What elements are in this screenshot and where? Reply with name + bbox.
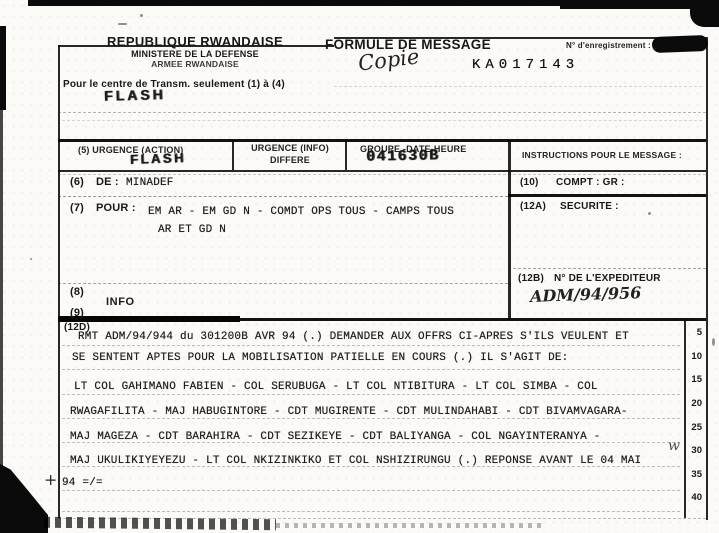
margin-number-25: 25 xyxy=(686,422,702,433)
form-left-border xyxy=(58,45,60,518)
scanned-message-form: REPUBLIQUE RWANDAISE MINISTERE DE LA DEF… xyxy=(0,0,719,533)
scan-speck xyxy=(118,23,127,25)
margin-number-5: 5 xyxy=(686,327,702,338)
transm-note: Pour le centre de Transm. seulement (1) … xyxy=(63,79,285,90)
urgence-row-top-line xyxy=(58,139,706,142)
body-rule xyxy=(62,418,680,419)
body-rule xyxy=(62,466,680,467)
de-value: MINADEF xyxy=(126,177,174,189)
faint-dotted-line xyxy=(62,120,702,121)
compt-label: COMPT : GR : xyxy=(556,177,625,188)
scan-speck xyxy=(712,338,715,346)
margin-number-40: 40 xyxy=(686,492,702,503)
form-bottom-line xyxy=(58,518,706,519)
country-title: REPUBLIQUE RWANDAISE xyxy=(75,34,315,49)
expediteur-label: N° DE L'EXPEDITEUR xyxy=(554,273,661,284)
body-line-7: 94 =/= xyxy=(62,477,103,489)
body-rule xyxy=(62,442,680,443)
scan-artifact-top-right-corner xyxy=(690,0,719,27)
securite-bottom-dashline xyxy=(508,268,706,269)
urgence-info-label: URGENCE (INFO) xyxy=(240,143,340,153)
info-label: INFO xyxy=(106,296,135,308)
handwritten-margin-squiggle: w xyxy=(668,438,680,454)
pour-bottom-dashline xyxy=(58,283,508,284)
info-num-bottom: (9) xyxy=(70,307,84,319)
instructions-label: INSTRUCTIONS POUR LE MESSAGE : xyxy=(522,150,682,160)
info-num-top: (8) xyxy=(70,286,84,298)
body-line-3: LT COL GAHIMANO FABIEN - COL SERUBUGA - … xyxy=(74,381,598,393)
margin-number-20: 20 xyxy=(686,398,702,409)
body-line-1: RMT ADM/94/944 du 301200B AVR 94 (.) DEM… xyxy=(78,331,629,343)
margin-number-15: 15 xyxy=(686,374,702,385)
body-rule xyxy=(62,394,680,395)
compt-row-bottom-line xyxy=(508,194,706,197)
army-title: ARMEE RWANDAISE xyxy=(75,59,315,69)
compt-num: (10) xyxy=(520,177,539,188)
body-line-4: RWAGAFILITA - MAJ HABUGINTORE - CDT MUGI… xyxy=(70,406,628,418)
flash-stamp-action: FLASH xyxy=(130,150,186,167)
registration-number: KA017143 xyxy=(472,57,579,73)
right-column-divider xyxy=(508,140,511,320)
urgence-row-bottom-dash xyxy=(58,174,706,175)
scan-artifact-left-strip xyxy=(0,110,3,470)
scan-artifact-bottom-left-blob xyxy=(0,464,48,533)
body-rule xyxy=(62,369,680,370)
margin-column-divider xyxy=(684,320,686,518)
scan-speck xyxy=(140,14,143,17)
gdh-stamp: 041630B xyxy=(366,147,440,165)
faint-dotted-line xyxy=(334,86,702,87)
header-bottom-dashline xyxy=(58,112,706,113)
urgence-info-value: DIFFERE xyxy=(240,155,340,165)
securite-num: (12A) xyxy=(520,201,546,212)
urgence-row-bottom-line xyxy=(58,170,706,172)
registration-redaction-mark xyxy=(652,35,709,53)
scan-speck xyxy=(30,258,32,260)
scan-artifact-bottom-speckles-light xyxy=(276,523,546,528)
margin-number-10: 10 xyxy=(686,351,702,362)
urgence-divider-2 xyxy=(345,140,347,170)
handwritten-plus-mark: + xyxy=(44,470,57,489)
de-row-bottom-line xyxy=(58,196,508,197)
body-rule xyxy=(62,511,680,512)
securite-label: SECURITE : xyxy=(560,201,619,212)
registration-label: N° d'enregistrement : xyxy=(566,41,651,50)
margin-number-30: 30 xyxy=(686,445,702,456)
scan-artifact-left-edge xyxy=(0,26,6,110)
flash-stamp-header: FLASH xyxy=(104,86,166,104)
ministry-title: MINISTERE DE LA DEFENSE xyxy=(75,49,315,59)
pour-num: (7) xyxy=(70,202,84,214)
scan-speck xyxy=(648,212,651,215)
expediteur-num: (12B) xyxy=(518,273,544,284)
de-num: (6) xyxy=(70,176,84,188)
urgence-divider-1 xyxy=(232,140,234,170)
body-line-2: SE SENTENT APTES POUR LA MOBILISATION PA… xyxy=(72,352,568,364)
pour-value-line2: AR ET GD N xyxy=(158,224,226,236)
pour-value-line1: EM AR - EM GD N - COMDT OPS TOUS - CAMPS… xyxy=(148,206,454,218)
pour-label: POUR : xyxy=(96,202,136,214)
de-label: DE : xyxy=(96,176,119,188)
form-right-border xyxy=(706,37,708,520)
body-rule xyxy=(62,345,680,346)
margin-number-35: 35 xyxy=(686,469,702,480)
body-rule xyxy=(62,490,680,491)
expediteur-value: ADM/94/956 xyxy=(530,283,642,306)
